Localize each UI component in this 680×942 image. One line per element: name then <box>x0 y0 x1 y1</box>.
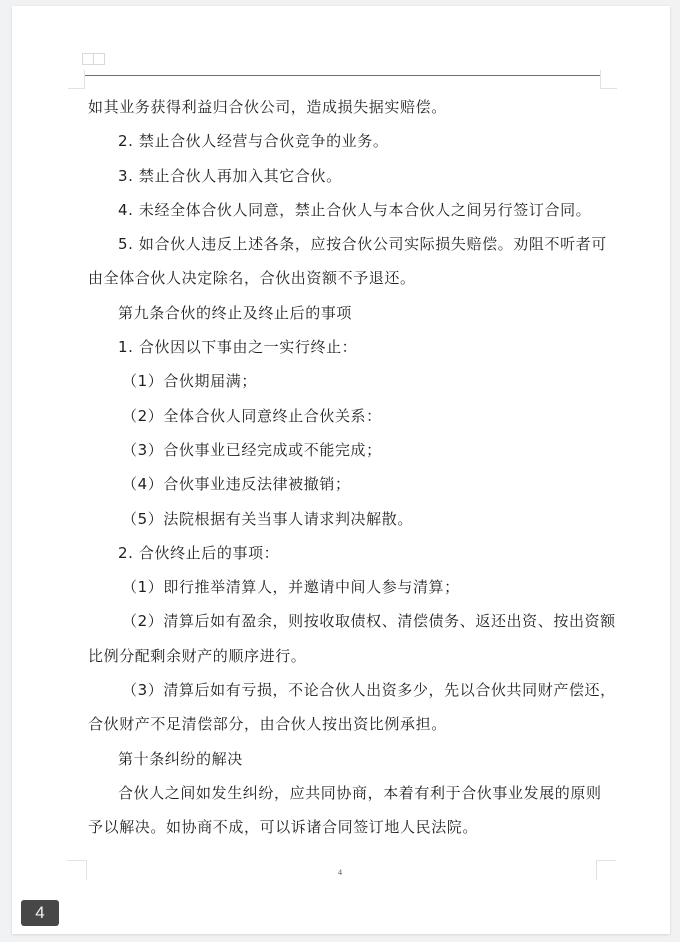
crop-mark-top-right <box>600 70 617 89</box>
text-line: 予以解决。如协商不成，可以诉诸合同签订地人民法院。 <box>88 810 598 844</box>
text-line: （2）全体合伙人同意终止合伙关系： <box>88 399 598 433</box>
text-line: 3. 禁止合伙人再加入其它合伙。 <box>88 159 598 193</box>
text-line: 2. 禁止合伙人经营与合伙竞争的业务。 <box>88 124 598 158</box>
text-line: 合伙人之间如发生纠纷，应共同协商，本着有利于合伙事业发展的原则 <box>88 776 598 810</box>
text-line: 由全体合伙人决定除名，合伙出资额不予退还。 <box>88 261 598 295</box>
text-line: （2）清算后如有盈余，则按收取债权、清偿债务、返还出资、按出资额 <box>88 604 598 638</box>
document-page: 如其业务获得利益归合伙公司，造成损失据实赔偿。 2. 禁止合伙人经营与合伙竞争的… <box>12 6 670 934</box>
text-line: （4）合伙事业违反法律被撤销； <box>88 467 598 501</box>
text-line: 1. 合伙因以下事由之一实行终止： <box>88 330 598 364</box>
text-line: （5）法院根据有关当事人请求判决解散。 <box>88 502 598 536</box>
text-line: 2. 合伙终止后的事项： <box>88 536 598 570</box>
footer-page-number: 4 <box>338 868 342 877</box>
text-line: （1）即行推举清算人，并邀请中间人参与清算； <box>88 570 598 604</box>
header-placeholder-boxes <box>82 53 104 65</box>
crop-mark-bottom-left <box>67 860 87 880</box>
text-line: 比例分配剩余财产的顺序进行。 <box>88 639 598 673</box>
crop-mark-bottom-right <box>596 860 616 880</box>
text-line: 4. 未经全体合伙人同意，禁止合伙人与本合伙人之间另行签订合同。 <box>88 193 598 227</box>
section-heading: 第九条合伙的终止及终止后的事项 <box>88 296 598 330</box>
text-line: （3）清算后如有亏损，不论合伙人出资多少，先以合伙共同财产偿还， <box>88 673 598 707</box>
header-box <box>93 53 105 65</box>
text-line: （1）合伙期届满； <box>88 364 598 398</box>
page-indicator-badge[interactable]: 4 <box>21 900 59 926</box>
crop-mark-top-left <box>68 70 85 89</box>
text-line: 合伙财产不足清偿部分，由合伙人按出资比例承担。 <box>88 707 598 741</box>
text-line: （3）合伙事业已经完成或不能完成； <box>88 433 598 467</box>
document-body: 如其业务获得利益归合伙公司，造成损失据实赔偿。 2. 禁止合伙人经营与合伙竞争的… <box>88 90 598 845</box>
text-line: 5. 如合伙人违反上述各条，应按合伙公司实际损失赔偿。劝阻不听者可 <box>88 227 598 261</box>
text-line: 如其业务获得利益归合伙公司，造成损失据实赔偿。 <box>88 90 598 124</box>
header-rule <box>85 75 600 76</box>
section-heading: 第十条纠纷的解决 <box>88 742 598 776</box>
